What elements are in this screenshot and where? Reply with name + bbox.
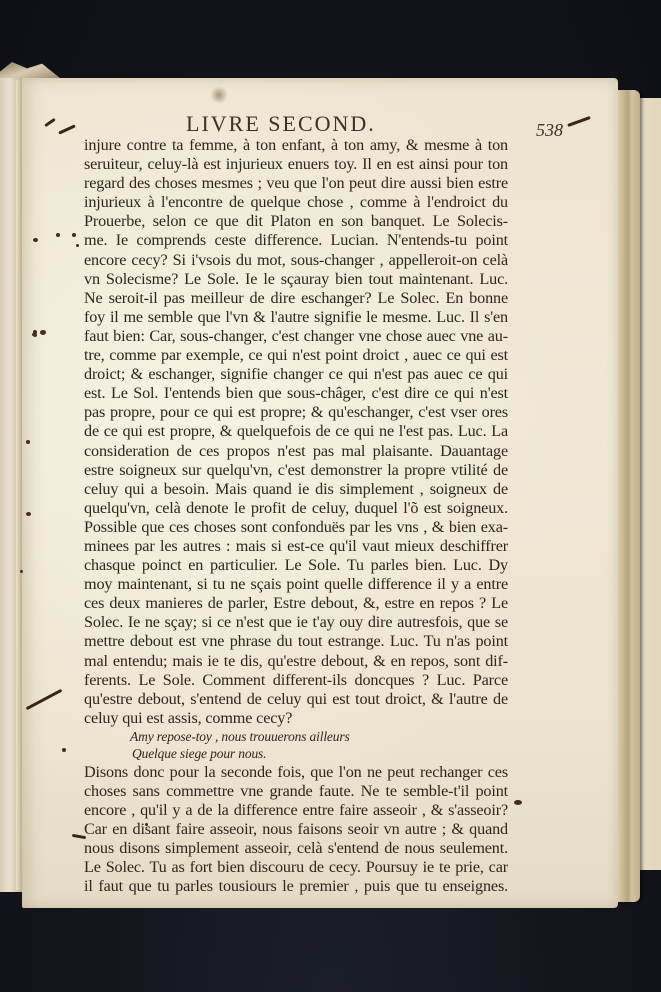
wormhole [76,244,79,247]
text-line: mal entendu; mais ie te dis, qu'estre de… [84,652,508,671]
text-line: Possible que ces choses sont confonduës … [84,518,508,537]
text-line: moy maintenant, si tu ne sçais point que… [84,575,508,594]
text-line: celuy qui est assis, comme cecy? [84,709,508,728]
text-line: injure contre ta femme, à ton enfant, à … [84,136,508,155]
wormhole [33,238,38,242]
scan-scene: LIVRE SECOND. 538 injure contre ta femme… [0,0,661,992]
text-line: encore , qu'il y a de la difference entr… [84,801,508,820]
text-line: nous disons simplement asseoir, celà s'e… [84,839,508,858]
text-line: vn Solecisme? Le Sole. Ie le sçauray bie… [84,270,508,289]
text-line: chasque poinct en particulier. Le Sole. … [84,556,508,575]
text-line: injurieux à l'encontre de quelque chose … [84,193,508,212]
text-line: faut bien: Car, sous-changer, c'est chan… [84,327,508,346]
text-line: Solec. Ie ne sçay; si ce n'est que ie t'… [84,613,508,632]
text-line: mettre debout est vne phrase du tout est… [84,632,508,651]
wormhole [40,330,46,335]
text-line: estre soigneux sur quelqu'vn, c'est demo… [84,461,508,480]
torn-corner [0,62,60,78]
wormhole [56,233,60,237]
text-line: est. Le Sol. I'entends bien que sous-châ… [84,384,508,403]
body-text: injure contre ta femme, à ton enfant, à … [84,136,508,897]
text-line: me. Ie comprends ceste difference. Lucia… [84,231,508,250]
wormhole [26,512,31,516]
text-line: tre, comme par exemple, ce qui n'est poi… [84,346,508,365]
running-head: LIVRE SECOND. [186,111,376,137]
text-line: il faut que tu parles tousiours le premi… [84,877,508,896]
text-line: ces deux manieres de parler, Estre debou… [84,594,508,613]
text-line: pas propre, pour ce qui est propre; & qu… [84,403,508,422]
wormhole [20,570,23,573]
text-line: celuy qui a besoin. Mais quand ie dis si… [84,480,508,499]
verse-line: Amy repose-toy , nous trouuerons ailleur… [84,728,508,746]
ink-stain [210,86,228,104]
text-line: regard des choses mesmes ; veu que l'on … [84,174,508,193]
text-line: Ne seroit-il pas meilleur de dire eschan… [84,289,508,308]
wormhole [62,748,66,752]
text-line: droict; & eschanger, signifie changer ce… [84,365,508,384]
text-line: choses sans commettre vne grande faute. … [84,782,508,801]
text-line: quelqu'vn, celà denote le profit de celu… [84,499,508,518]
text-line: de ce qui est propre, & quelquefois de c… [84,422,508,441]
text-line: qu'estre debout, s'entend de celuy qui e… [84,690,508,709]
text-line: minees par les autres : mais si est-ce q… [84,537,508,556]
text-line: seruiteur, celuy-là est injurieux enuers… [84,155,508,174]
text-line: Le Solec. Tu as fort bien discouru de ce… [84,858,508,877]
page-number: 538 [536,120,563,141]
wormhole [72,233,76,237]
text-line: ferents. Le Sole. Comment different-ils … [84,671,508,690]
wormhole [32,333,35,336]
binding-spine [16,80,21,890]
text-line: Car en disant faire asseoir, nous faison… [84,820,508,839]
verse-line: Quelque siege pour nous. [84,745,508,763]
text-line: Prouerbe, selon ce que dit Platon en son… [84,212,508,231]
text-line: foy il me semble que l'vn & l'autre sign… [84,308,508,327]
text-line: consideration de ces propos n'est pas ma… [84,442,508,461]
text-line: Disons donc pour la seconde fois, que l'… [84,763,508,782]
wormhole [26,440,30,444]
text-line: encore cecy? Si i'vsois du mot, sous-cha… [84,251,508,270]
wormhole [514,800,522,805]
